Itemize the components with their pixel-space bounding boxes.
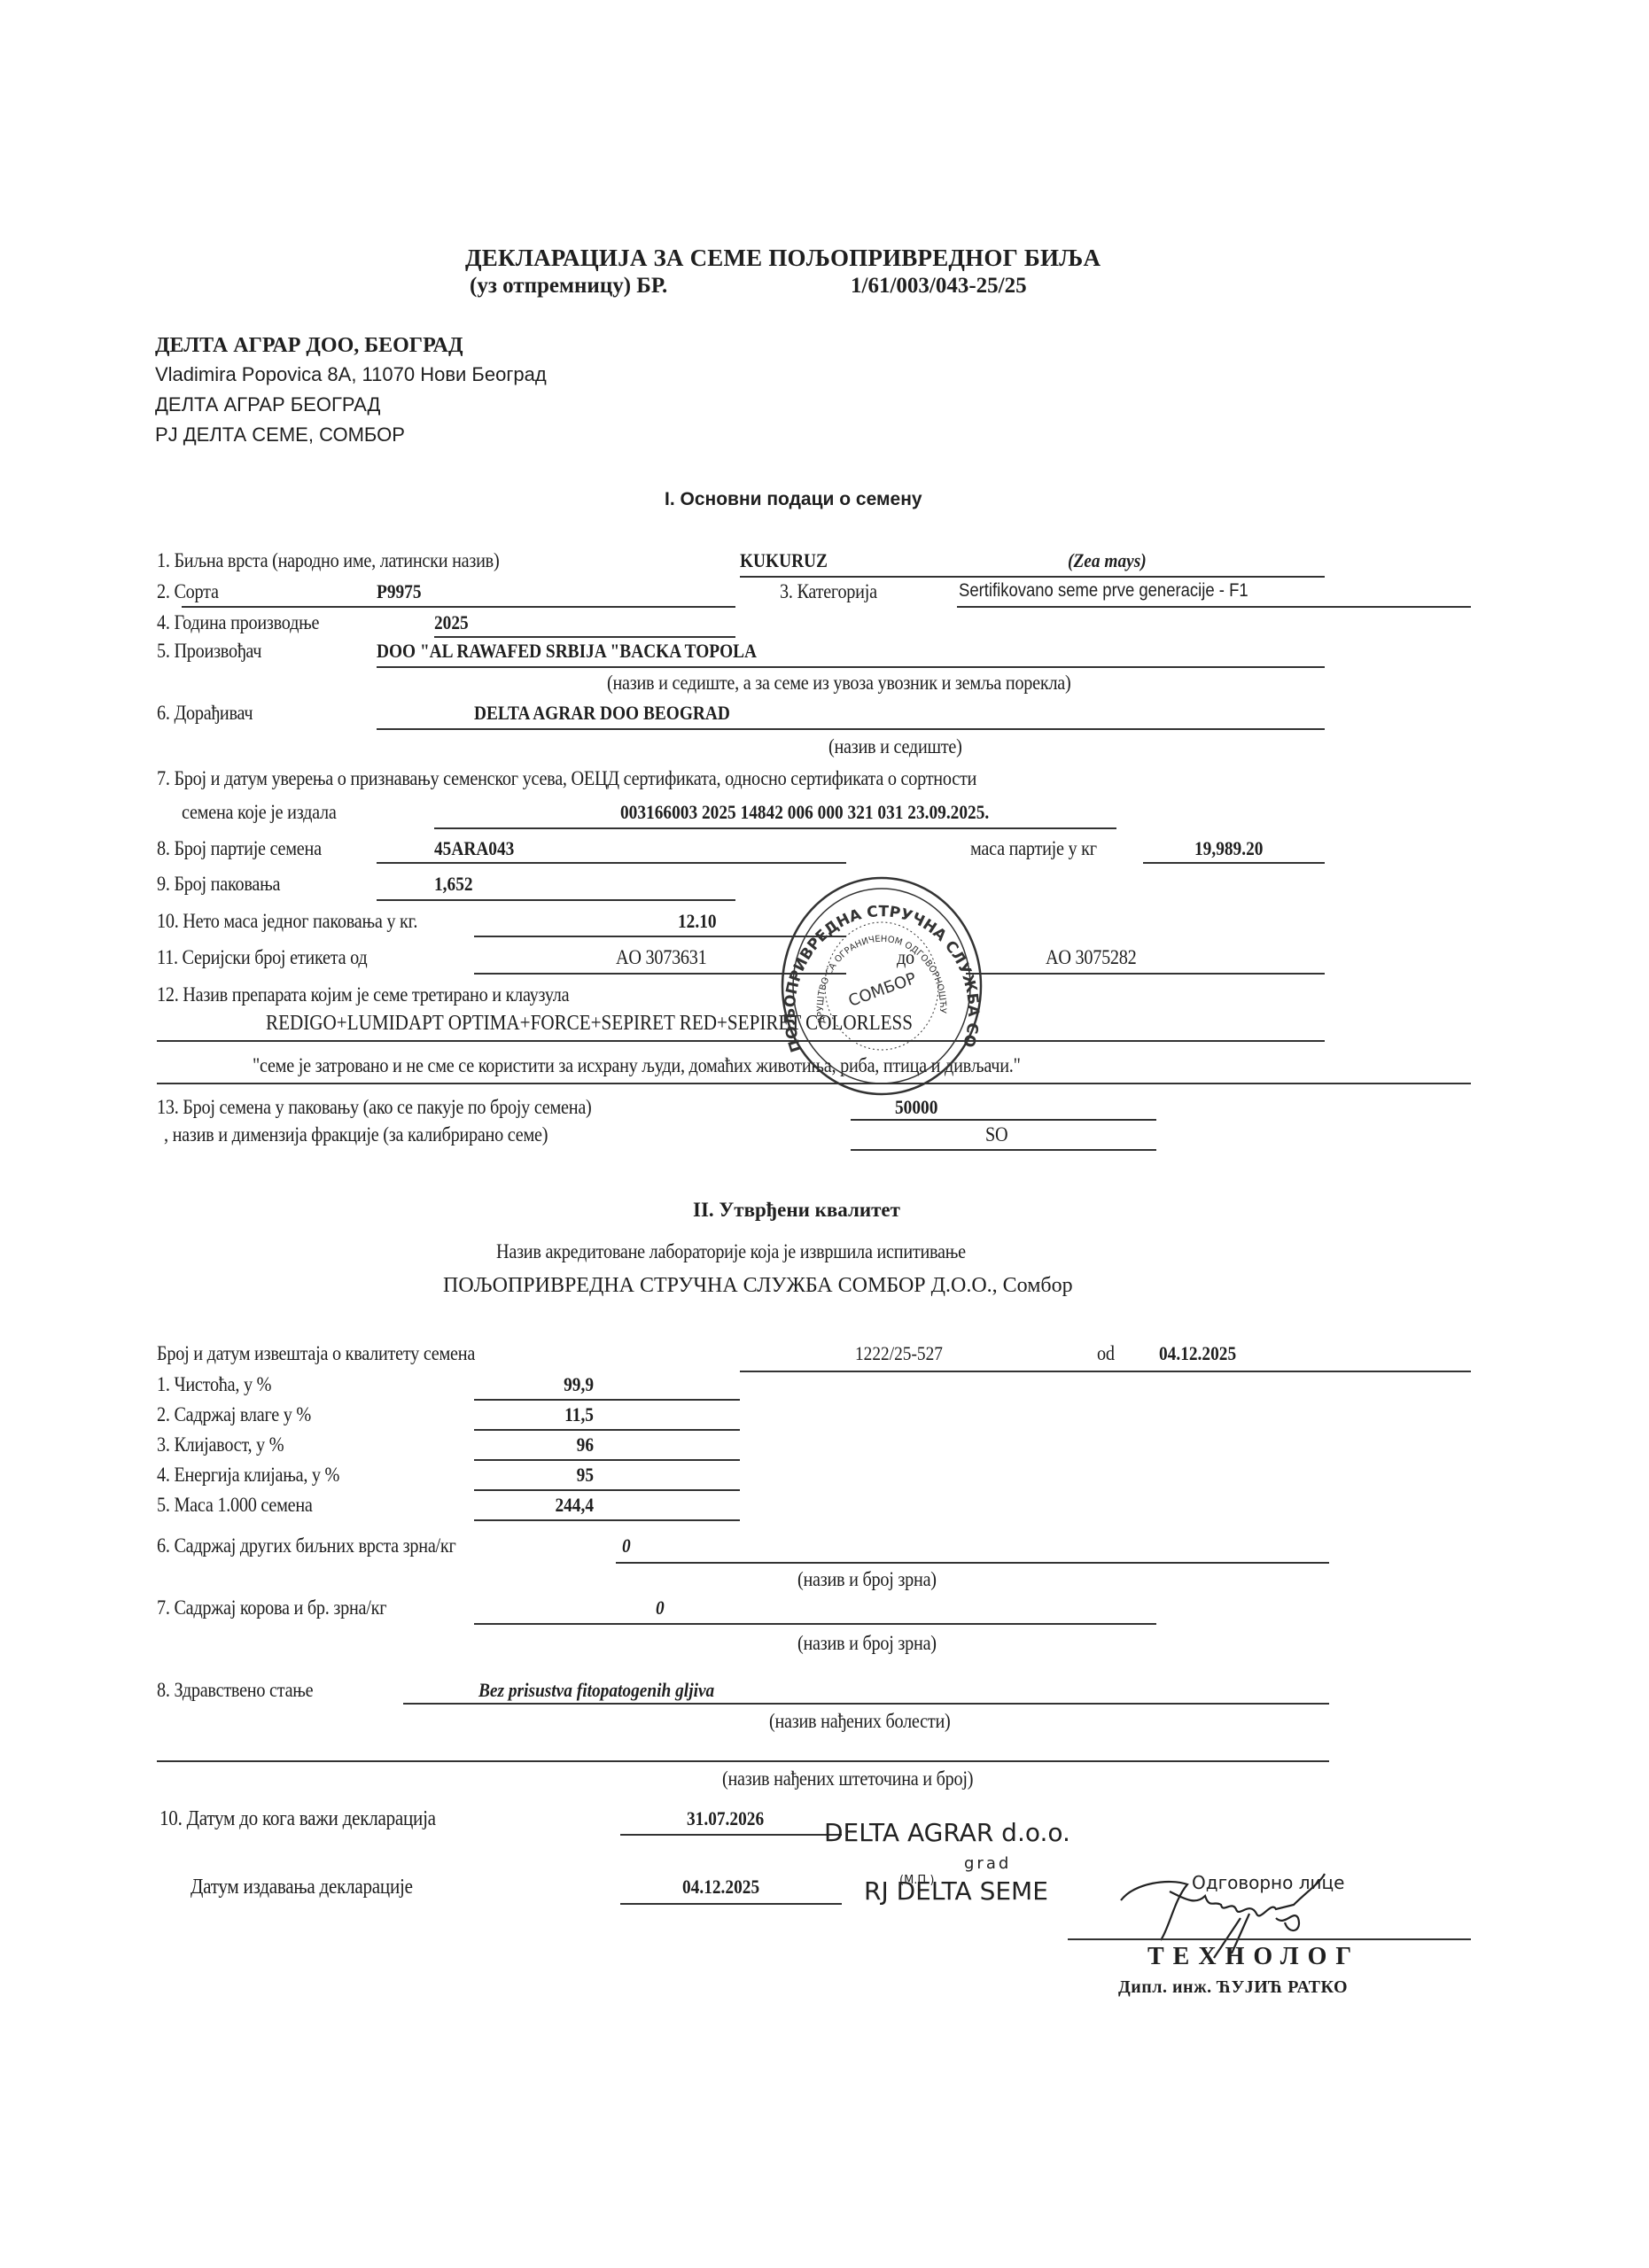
other-species-value: 0	[622, 1534, 631, 1557]
fraction-label: , назив и димензија фракције (за калибри…	[164, 1123, 548, 1146]
serial-label: 11. Серијски број етикета од	[157, 946, 367, 969]
issuer-line4: РЈ ДЕЛТА СЕМЕ, СОМБОР	[155, 423, 405, 447]
company-stamp-line2: grad	[964, 1854, 1011, 1873]
signature-name: Дипл. инж. ЋУЈИЋ РАТКО	[1118, 1977, 1348, 1998]
report-date: 04.12.2025	[1159, 1342, 1236, 1365]
producer-note: (назив и седиште, а за семе из увоза уво…	[607, 672, 1070, 695]
metric-value: 99,9	[360, 1373, 594, 1396]
health-label: 8. Здравствено стање	[157, 1679, 313, 1702]
lot-label: 8. Број партије семена	[157, 837, 322, 860]
svg-text:СОМБОР: СОМБОР	[846, 969, 919, 1011]
variety-value: P9975	[377, 580, 422, 603]
species-label: 1. Биљна врста (народно име, латински на…	[157, 549, 499, 572]
species-value: KUKURUZ	[740, 549, 828, 572]
serial-to: AO 3075282	[1046, 946, 1137, 969]
report-od: od	[1097, 1342, 1115, 1365]
fraction-value: SO	[985, 1123, 1007, 1146]
producer-label: 5. Произвођач	[157, 640, 261, 663]
year-line	[434, 636, 735, 638]
valid-until-line	[620, 1834, 842, 1836]
metric-label: 3. Клијавост, у %	[157, 1433, 284, 1456]
metric-value: 96	[360, 1433, 594, 1456]
metric-label: 1. Чистоћа, у %	[157, 1373, 271, 1396]
pests-line	[157, 1760, 1329, 1762]
lot-mass-label: маса партије у кг	[970, 837, 1097, 860]
processor-note: (назив и седиште)	[828, 735, 962, 758]
pests-note: (назив нађених штеточина и број)	[722, 1767, 973, 1790]
serial-from: AO 3073631	[616, 946, 707, 969]
lab-label: Назив акредитоване лабораторије која је …	[496, 1240, 966, 1263]
weeds-value: 0	[656, 1596, 665, 1619]
seed-count-value: 50000	[895, 1096, 937, 1119]
section1-heading: I. Основни подаци о семену	[665, 489, 922, 510]
signature-line	[1068, 1938, 1471, 1940]
document-title: ДЕКЛАРАЦИЈА ЗА СЕМЕ ПОЉОПРИВРЕДНОГ БИЉА	[465, 245, 1101, 272]
category-label: 3. Категорија	[780, 580, 877, 603]
weeds-line	[474, 1623, 1156, 1625]
lot-mass-value: 19,989.20	[1194, 837, 1263, 860]
category-line	[957, 606, 1471, 608]
report-number: 1222/25-527	[855, 1342, 943, 1365]
packages-label: 9. Број паковања	[157, 873, 280, 896]
category-value: Sertifikovano seme prve generacije - F1	[959, 580, 1248, 602]
metric-line	[474, 1459, 740, 1461]
metric-line	[474, 1519, 740, 1521]
other-species-label: 6. Садржај других биљних врста зрна/кг	[157, 1534, 456, 1557]
species-latin: (Zea mays)	[1068, 549, 1147, 572]
metric-label: 5. Маса 1.000 семена	[157, 1494, 313, 1517]
section2-heading: II. Утврђени квалитет	[693, 1199, 900, 1222]
packages-line	[377, 899, 735, 901]
net-mass-value: 12.10	[678, 910, 717, 933]
weeds-note: (назив и број зрна)	[797, 1632, 937, 1655]
weeds-label: 7. Садржај корова и бр. зрна/кг	[157, 1596, 386, 1619]
lot-line	[377, 862, 846, 864]
year-label: 4. Година производње	[157, 611, 319, 634]
net-mass-label: 10. Нето маса једног паковања у кг.	[157, 910, 417, 933]
signature-role: ТЕХНОЛОГ	[1147, 1943, 1360, 1971]
metric-label: 4. Енергија клијања, у %	[157, 1464, 339, 1487]
report-line	[740, 1371, 1471, 1372]
valid-until-value: 31.07.2026	[687, 1807, 764, 1830]
svg-text:ПОЉОПРИВРЕДНА СТРУЧНА СЛУЖБА С: ПОЉОПРИВРЕДНА СТРУЧНА СЛУЖБА СОМБОР	[775, 873, 982, 1054]
document-number: 1/61/003/043-25/25	[851, 274, 1027, 299]
seed-count-line	[851, 1119, 1156, 1121]
health-note: (назив нађених болести)	[769, 1710, 950, 1733]
serial-to-line	[966, 973, 1325, 975]
year-value: 2025	[434, 611, 469, 634]
lab-name: ПОЉОПРИВРЕДНА СТРУЧНА СЛУЖБА СОМБОР Д.О.…	[443, 1274, 1073, 1298]
variety-label: 2. Сорта	[157, 580, 219, 603]
certificate-label: 7. Број и датум уверења о признавању сем…	[157, 767, 976, 790]
issuer-line3: ДЕЛТА АГРАР БЕОГРАД	[155, 393, 380, 416]
treatment-line	[157, 1040, 1325, 1042]
company-stamp-line1: DELTA AGRAR d.o.o.	[824, 1818, 1070, 1847]
variety-line	[182, 606, 735, 608]
metric-line	[474, 1399, 740, 1401]
document-subtitle: (уз отпремницу) БР.	[470, 274, 667, 299]
company-stamp: DELTA AGRAR d.o.o.	[824, 1818, 1070, 1847]
metric-value: 11,5	[360, 1403, 594, 1426]
report-label: Број и датум извештаја о квалитету семен…	[157, 1342, 475, 1365]
certificate-value: 003166003 2025 14842 006 000 321 031 23.…	[620, 801, 989, 824]
metric-label: 2. Садржај влаге у %	[157, 1403, 311, 1426]
lab-stamp: ПОЉОПРИВРЕДНА СТРУЧНА СЛУЖБА СОМБОР ДРУШ…	[775, 873, 988, 1099]
packages-value: 1,652	[434, 873, 473, 896]
metric-value: 244,4	[360, 1494, 594, 1517]
species-line	[740, 576, 1325, 578]
lot-mass-line	[1143, 862, 1325, 864]
metric-line	[474, 1489, 740, 1491]
metric-line	[474, 1429, 740, 1431]
issuer-company: ДЕЛТА АГРАР ДОО, БЕОГРАД	[155, 334, 463, 358]
seed-count-label: 13. Број семена у паковању (ако се пакуј…	[157, 1096, 592, 1119]
fraction-line	[851, 1149, 1156, 1151]
issued-line	[620, 1903, 842, 1905]
other-species-line	[616, 1562, 1329, 1564]
treatment-label: 12. Назив препарата којим је семе третир…	[157, 983, 569, 1006]
metric-value: 95	[360, 1464, 594, 1487]
issued-label: Датум издавања декларације	[191, 1876, 413, 1899]
certificate-label2: семена које је издала	[182, 801, 337, 824]
health-value: Bez prisustva fitopatogenih gljiva	[478, 1679, 714, 1702]
health-line	[403, 1703, 1329, 1705]
processor-line	[377, 728, 1325, 730]
processor-value: DELTA AGRAR DOO BEOGRAD	[474, 702, 730, 725]
issuer-address: Vladimira Popovica 8A, 11070 Нови Београ…	[155, 363, 547, 386]
producer-value: DOO "AL RAWAFED SRBIJA "BACKA TOPOLA	[377, 640, 757, 663]
lot-value: 45ARA043	[434, 837, 514, 860]
issued-value: 04.12.2025	[682, 1876, 759, 1899]
certificate-line	[434, 827, 1116, 829]
processor-label: 6. Дорађивач	[157, 702, 253, 725]
other-species-note: (назив и број зрна)	[797, 1568, 937, 1591]
valid-until-label: 10. Датум до кога важи декларација	[159, 1807, 436, 1831]
company-stamp-line3: RJ DELTA SEME	[864, 1876, 1048, 1906]
producer-line	[377, 666, 1325, 668]
